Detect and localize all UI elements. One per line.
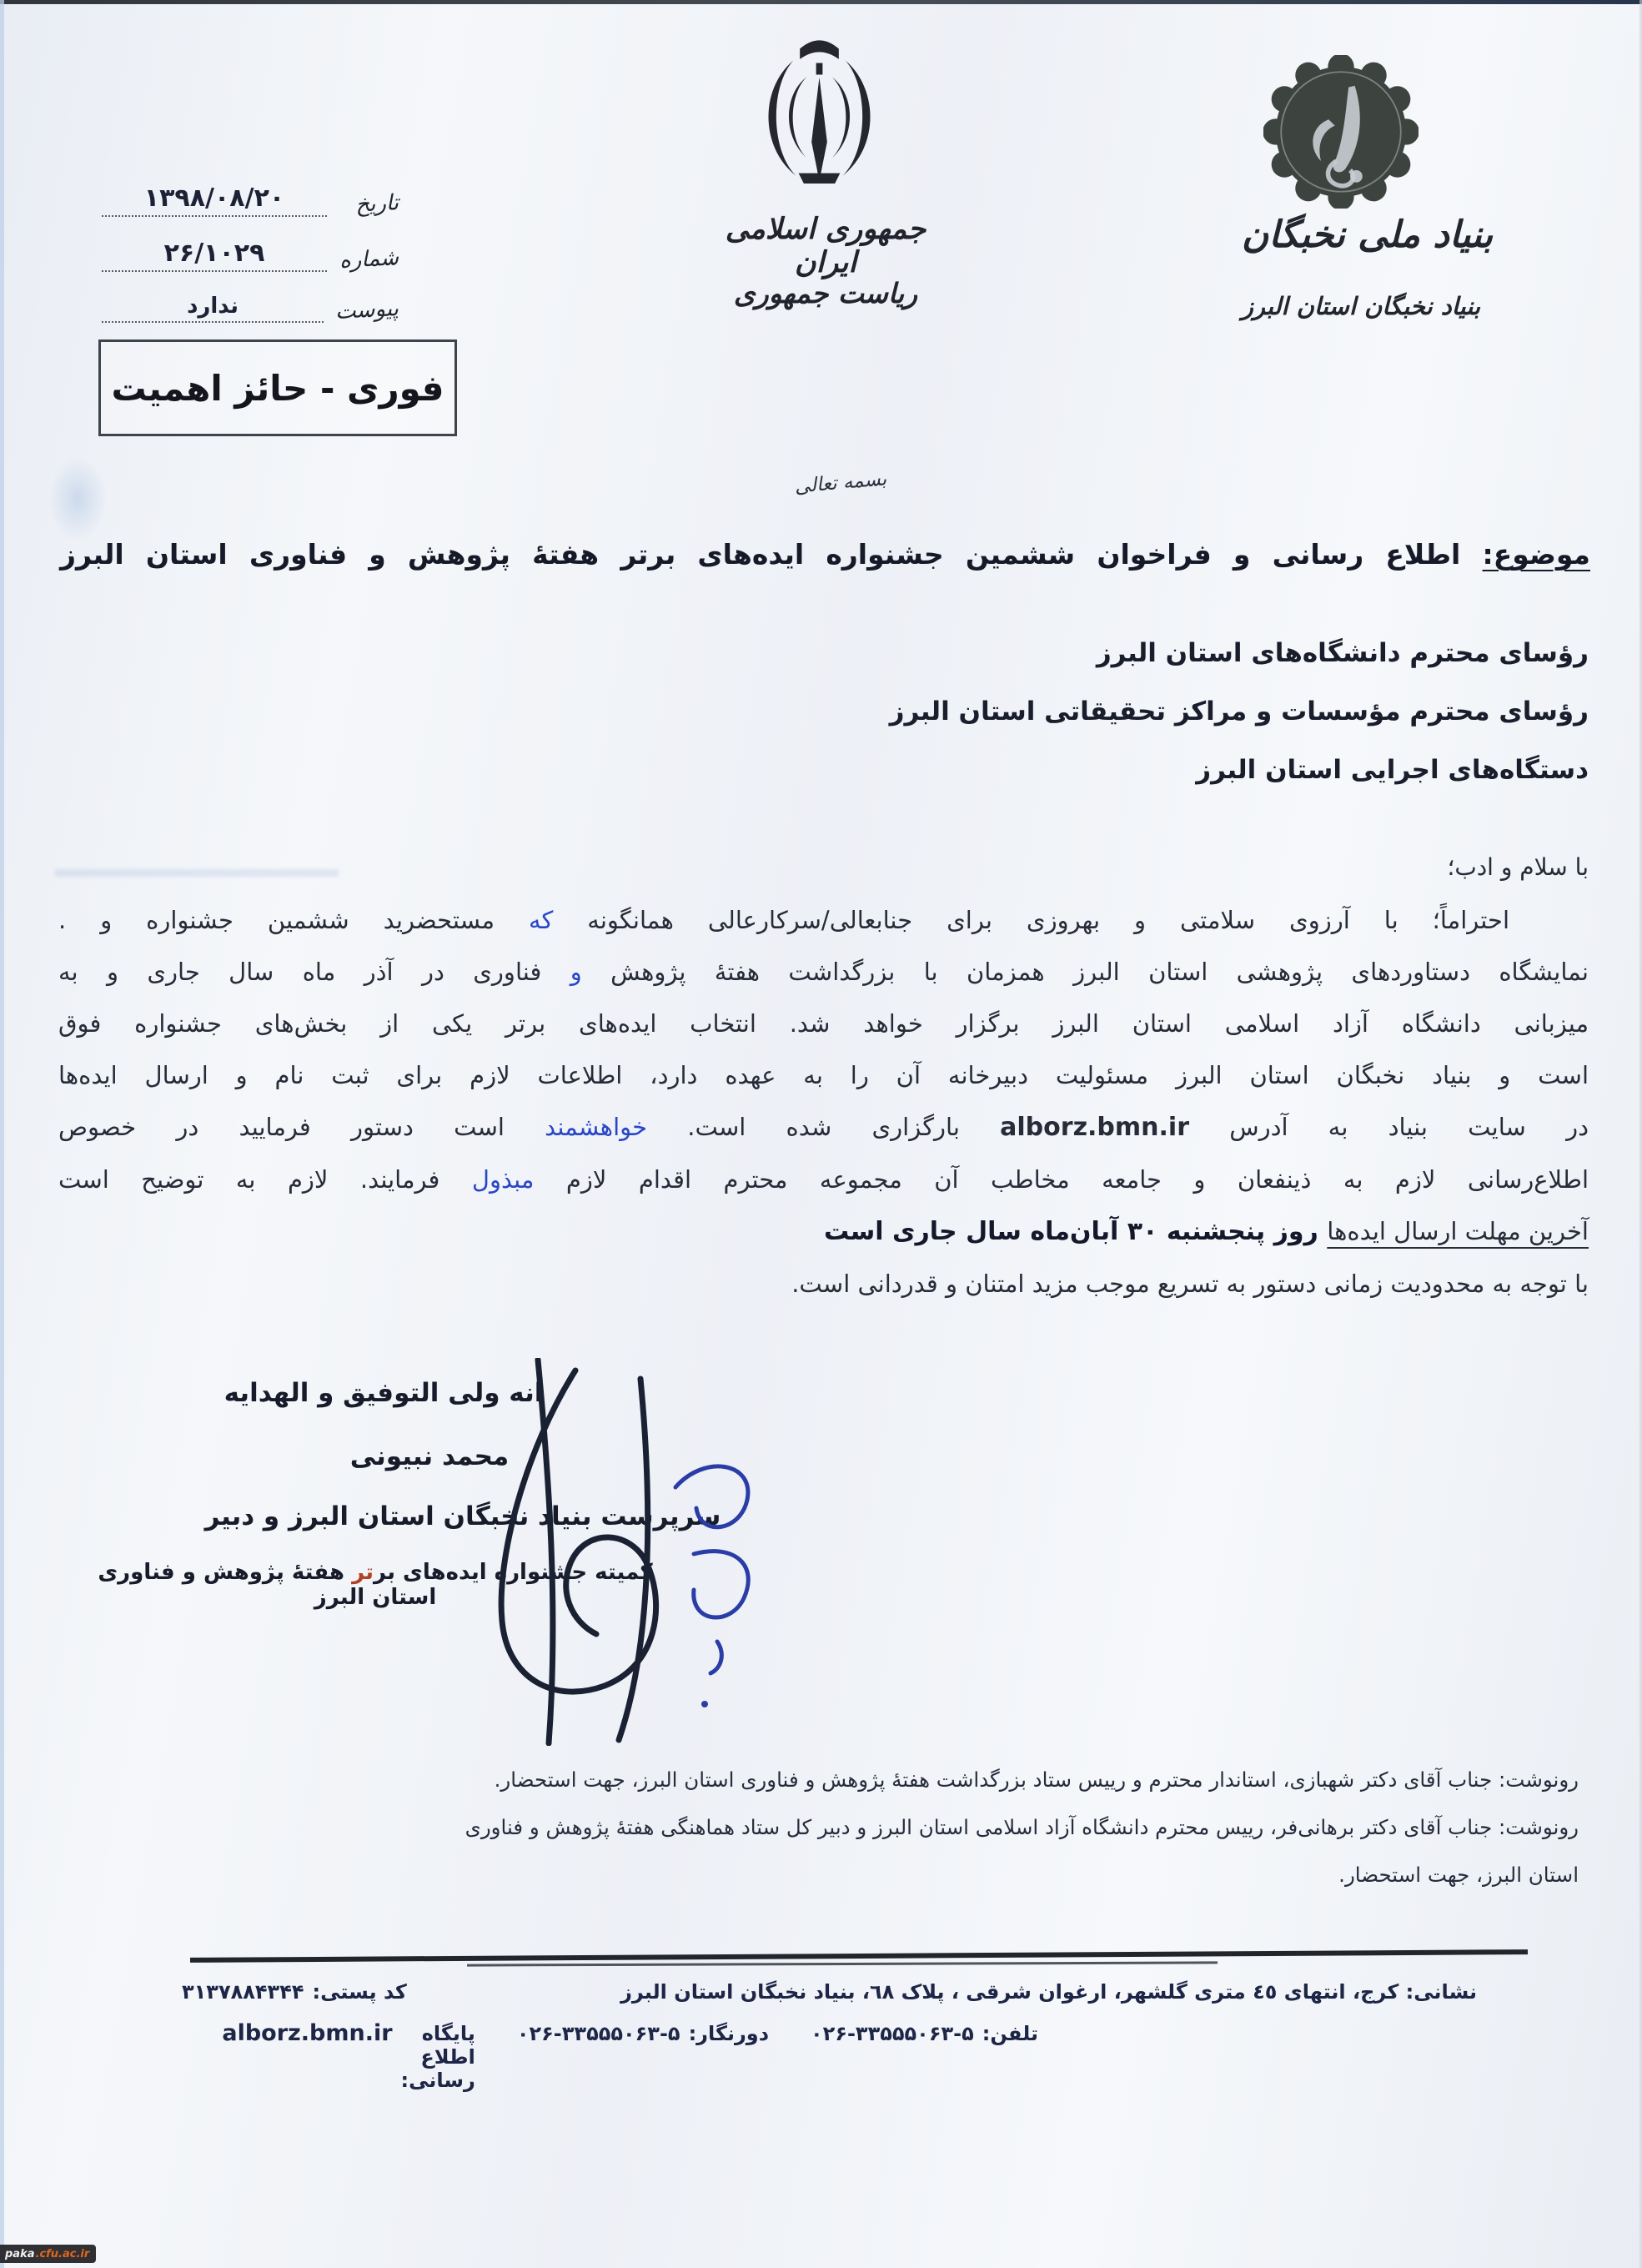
attachment-value: ندارد — [102, 294, 324, 323]
scan-smudge — [48, 457, 107, 541]
text-segment: روز پنجشنبه ۳۰ آبان‌ماه سال جاری است — [824, 1217, 1327, 1246]
postal-code: ۳۱۳۷۸۸۴۳۴۴ — [182, 1980, 304, 2004]
scan-top-edge — [0, 0, 1642, 4]
footer-contact-line: تلفن: ۰۲۶-۳۳۵۵۵۰۶۳-۵ دورنگار: ۰۲۶-۳۳۵۵۵۰… — [321, 2020, 1038, 2092]
text-segment: است و بنیاد نخبگان استان البرز مسئولیت د… — [58, 1061, 1589, 1089]
body-paragraph: احتراماً؛ با آرزوی سلامتی و بهروزی برای … — [58, 894, 1589, 1310]
salutation: با سلام و ادب؛ — [1447, 853, 1589, 881]
recipient-line: دستگاه‌های اجرایی استان البرز — [634, 741, 1589, 799]
letterhead-meta: تاریخ ۱۳۹۸/۰۸/۲۰ شماره ۲۶/۱۰۲۹ پیوست ندا… — [102, 184, 399, 344]
footer-postal: کد پستی: ۳۱۳۷۸۸۴۳۴۴ — [182, 1980, 407, 2004]
text-segment: اطلاع‌رسانی لازم به ذینفعان و جامعه مخاط… — [534, 1165, 1589, 1194]
government-name: جمهوری اسلامی ایران — [690, 213, 961, 279]
body-line: اطلاع‌رسانی لازم به ذینفعان و جامعه مخاط… — [58, 1154, 1589, 1205]
cc-line: رونوشت: جناب آقای دکتر شهبازی، استاندار … — [125, 1756, 1579, 1803]
footer-phone: تلفن: ۰۲۶-۳۳۵۵۵۰۶۳-۵ — [811, 2022, 1038, 2045]
number-value: ۲۶/۱۰۲۹ — [102, 239, 327, 272]
date-label: تاریخ — [338, 190, 399, 219]
text-segment: در سایت بنیاد به آدرس — [1189, 1113, 1589, 1141]
text-segment: و — [570, 958, 582, 986]
text-segment: با توجه به محدودیت زمانی دستور به تسریع … — [791, 1270, 1589, 1298]
text-segment: خواهشمند — [545, 1113, 647, 1141]
text-segment: فرمایند. لازم به توضیح است — [58, 1165, 472, 1194]
text-segment: مبذول — [472, 1165, 535, 1194]
recipient-line: رؤسای محترم دانشگاه‌های استان البرز — [634, 624, 1589, 682]
number-row: شماره ۲۶/۱۰۲۹ — [102, 239, 399, 272]
watermark-badge: paka .cfu.ac.ir — [0, 2245, 96, 2263]
fax-label: دورنگار: — [689, 2022, 769, 2045]
bismillah: بسمه تعالی — [781, 467, 900, 499]
scan-smudge — [55, 869, 339, 877]
date-value: ۱۳۹۸/۰۸/۲۰ — [102, 184, 327, 217]
footer-address-line: نشانی: کرج، انتهای ٤٥ متری گلشهر، ارغوان… — [182, 1980, 1477, 2004]
number-label: شماره — [338, 245, 399, 274]
body-line: در سایت بنیاد به آدرس alborz.bmn.ir بارگ… — [58, 1101, 1589, 1154]
subject-label: موضوع: — [1483, 538, 1590, 571]
iran-emblem-icon — [734, 38, 905, 207]
foundation-name: بنیاد ملی نخبگان — [1211, 214, 1524, 256]
cc-line: استان البرز، جهت استحضار. — [125, 1851, 1579, 1898]
footer-fax: دورنگار: ۰۲۶-۳۳۵۵۵۰۶۳-۵ — [517, 2022, 769, 2045]
watermark-site-bold: paka — [5, 2248, 35, 2260]
fax-number: ۰۲۶-۳۳۵۵۵۰۶۳-۵ — [517, 2022, 680, 2045]
text-segment: . — [58, 906, 100, 934]
text-segment: فناوری در آذر ماه سال جاری و به — [58, 958, 570, 986]
recipient-line: رؤسای محترم مؤسسات و مراکز تحقیقاتی استا… — [634, 682, 1589, 741]
phone-number: ۰۲۶-۳۳۵۵۵۰۶۳-۵ — [811, 2022, 974, 2045]
text-segment: احتراماً؛ با آرزوی سلامتی و بهروزی برای … — [553, 906, 1509, 934]
watermark-site-rest: .cfu.ac.ir — [36, 2248, 90, 2260]
body-line: نمایشگاه دستاوردهای پژوهشی استان البرز ه… — [58, 946, 1589, 998]
cc-list: رونوشت: جناب آقای دکتر شهبازی، استاندار … — [125, 1756, 1579, 1898]
text-segment: که — [529, 906, 553, 934]
body-line: است و بنیاد نخبگان استان البرز مسئولیت د… — [58, 1049, 1589, 1101]
text-segment: میزبانی دانشگاه آزاد اسلامی استان البرز … — [58, 1009, 1589, 1038]
postal-label: کد پستی: — [312, 1980, 406, 2004]
footer-address: نشانی: کرج، انتهای ٤٥ متری گلشهر، ارغوان… — [620, 1980, 1477, 2004]
cc-line: رونوشت: جناب آقای دکتر برهانی‌فر، رییس م… — [125, 1803, 1579, 1851]
text-segment: بارگزاری شده است. — [647, 1113, 1000, 1141]
body-line: میزبانی دانشگاه آزاد اسلامی استان البرز … — [58, 998, 1589, 1049]
website-url: alborz.bmn.ir — [222, 2020, 392, 2046]
phone-label: تلفن: — [982, 2022, 1038, 2045]
footer-divider — [190, 1949, 1528, 1963]
foundation-branch-name: بنیاد نخبگان استان البرز — [1194, 292, 1528, 320]
footer-website: پایگاه اطلاع رسانی: alborz.bmn.ir — [222, 2020, 475, 2092]
footer-divider-shadow — [467, 1961, 1218, 1966]
body-line: با توجه به محدودیت زمانی دستور به تسریع … — [58, 1258, 1589, 1310]
text-segment: آخرین مهلت ارسال ایده‌ها — [1327, 1217, 1589, 1245]
scan-left-edge — [0, 0, 4, 2268]
text-segment: alborz.bmn.ir — [1000, 1113, 1189, 1142]
subject-text: اطلاع رسانی و فراخوان ششمین جشنواره ایده… — [60, 538, 1483, 571]
body-line: احتراماً؛ با آرزوی سلامتی و بهروزی برای … — [58, 894, 1589, 946]
attachment-label: پیوست — [334, 296, 399, 324]
presidency-name: ریاست جمهوری — [713, 277, 938, 309]
scanned-letter-page: تاریخ ۱۳۹۸/۰۸/۲۰ شماره ۲۶/۱۰۲۹ پیوست ندا… — [0, 0, 1642, 2268]
priority-stamp: فوری - حائز اهمیت — [98, 339, 457, 436]
recipients-list: رؤسای محترم دانشگاه‌های استان البرزرؤسای… — [634, 624, 1589, 799]
handwritten-signature — [284, 1358, 817, 1746]
subject-line: موضوع: اطلاع رسانی و فراخوان ششمین جشنوا… — [60, 538, 1590, 571]
text-segment: است دستور فرمایید در خصوص — [58, 1113, 545, 1141]
date-row: تاریخ ۱۳۹۸/۰۸/۲۰ — [102, 184, 399, 217]
text-segment: نمایشگاه دستاوردهای پژوهشی استان البرز ه… — [582, 958, 1589, 986]
website-label: پایگاه اطلاع رسانی: — [401, 2022, 475, 2092]
priority-stamp-text: فوری - حائز اهمیت — [111, 368, 444, 409]
attachment-row: پیوست ندارد — [102, 294, 399, 323]
text-segment: مستحضرید ششمین جشنواره و — [100, 906, 529, 934]
body-line: آخرین مهلت ارسال ایده‌ها روز پنجشنبه ۳۰ … — [58, 1205, 1589, 1258]
elites-foundation-seal-icon — [1263, 55, 1419, 209]
